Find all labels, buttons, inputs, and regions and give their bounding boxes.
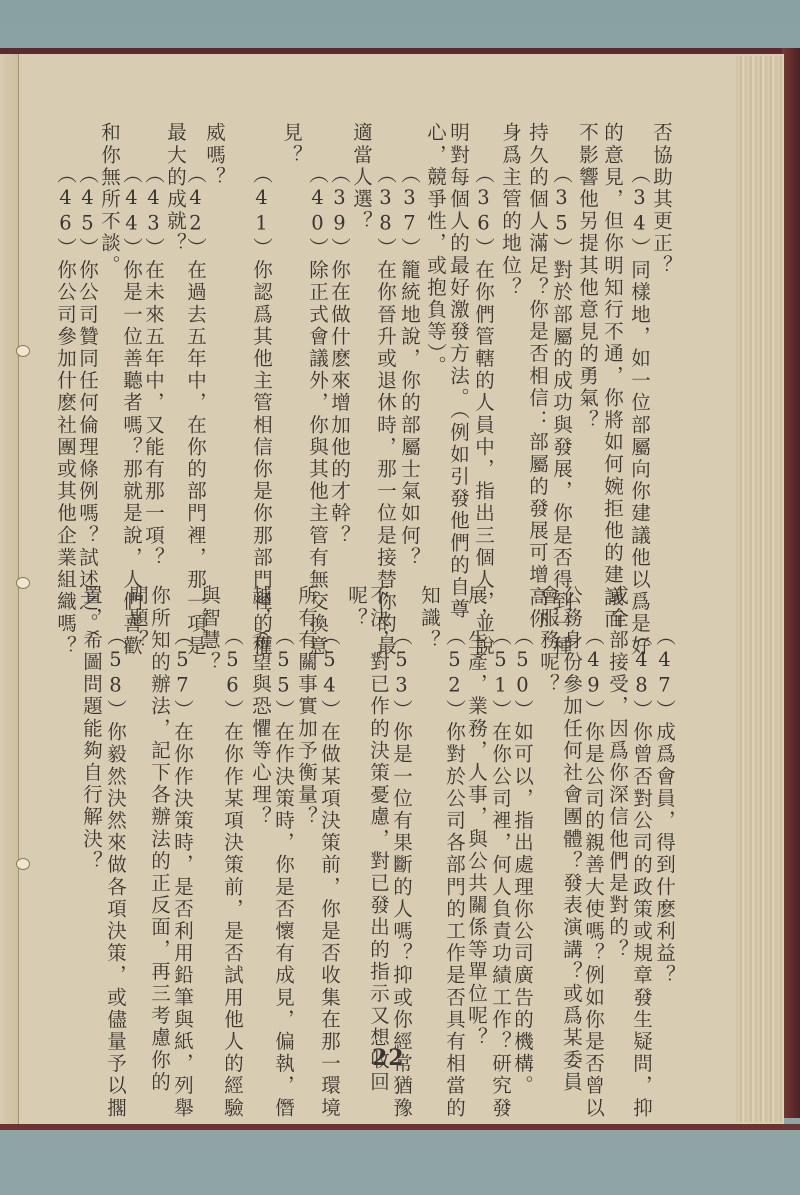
text-column: 不決，對已作的決策憂慮，對已發出的指示又想收回 bbox=[367, 585, 389, 1093]
text-column: 最大的成就？ bbox=[164, 122, 186, 255]
text-column: （57）在你作決策時，是否利用鉛筆與紙，列舉 bbox=[171, 626, 193, 1119]
text-column: （47）成爲會員，得到什麽利益？ bbox=[653, 626, 675, 987]
text-column: 適當人選？ bbox=[350, 122, 372, 233]
binding-hole-icon bbox=[16, 577, 30, 589]
text-column: 與智慧？ bbox=[198, 585, 220, 673]
text-column: （58）你毅然決然來做各項決策，或儘量予以擱 bbox=[104, 626, 126, 1119]
text-column: 不影響他另提其他意見的勇氣？ bbox=[576, 122, 598, 431]
text-column: 公務身份參加任何社會團體？發表演講？或爲某委員 bbox=[560, 585, 582, 1093]
text-column: 身爲主管的地位？ bbox=[499, 122, 521, 299]
text-column: （39）你在做什麽來增加他的才幹？ bbox=[328, 164, 350, 547]
text-column: 所有有關事實加予衡量？ bbox=[295, 585, 317, 828]
text-column: （46）你公司參加什麽社團或其他企業組織嗎？ bbox=[54, 164, 76, 657]
text-column: 否協助其更正？ bbox=[650, 122, 672, 277]
text-column: （54）在做某項決策前，你是否收集在那一環境 bbox=[318, 626, 340, 1119]
text-column: 和你無所不談。 bbox=[98, 122, 120, 277]
text-column: （34）同樣地，如一位部屬向你建議他以爲是好 bbox=[628, 164, 650, 657]
text-column: （56）在你作某項決策前，是否試用他人的經驗 bbox=[221, 626, 243, 1119]
text-column: （52）你對於公司各部門的工作是否具有相當的 bbox=[443, 626, 465, 1119]
text-column: （48）你曾否對公司的政策或規章發生疑問，抑 bbox=[630, 626, 652, 1119]
text-column: 見？ bbox=[280, 122, 302, 166]
text-column: （50）如可以，指出處理你公司廣告的機構。 bbox=[511, 626, 533, 1097]
book-cover-bottom-edge bbox=[0, 1124, 800, 1130]
text-column: 呢？ bbox=[345, 585, 367, 629]
text-column: 越，希望與恐懼等心理？ bbox=[249, 585, 271, 828]
page-number: 22 bbox=[372, 1045, 405, 1071]
text-column: （45）你公司贊同任何倫理條例嗎？試述之。 bbox=[76, 164, 98, 635]
book-cover-right-edge bbox=[782, 48, 800, 1118]
text-column: （38）在你晉升或退休時，那一位是接替你的最 bbox=[374, 164, 396, 657]
text-column: （55）在作決策時，你是否懷有成見，偏執，僭 bbox=[272, 626, 294, 1119]
text-column: （51）在你公司裡，何人負責功績工作？研究發 bbox=[489, 626, 511, 1119]
text-column: （37）籠統地說，你的部屬士氣如何？ bbox=[398, 164, 420, 569]
text-column: 置，希圖問題能夠自行解決？ bbox=[80, 585, 102, 872]
text-column: （41）你認爲其他主管相信你是你那部門裡的權 bbox=[250, 164, 272, 657]
text-column: （49）你是公司的親善大使嗎？例如你是否曾以 bbox=[582, 626, 604, 1119]
text-column: 會服務呢？ bbox=[537, 585, 559, 696]
binding-hole-icon bbox=[16, 345, 30, 357]
text-column: 心，競爭性，或抱負等）。 bbox=[424, 122, 446, 377]
text-column: 展，生產，業務，人事，與公共關係等單位呢？ bbox=[465, 585, 487, 1049]
text-column: 問題？ bbox=[126, 585, 148, 651]
text-column: 知識？ bbox=[418, 585, 440, 651]
text-column: （43）在未來五年中，又能有那一項？ bbox=[142, 164, 164, 569]
text-column: （40）除正式會議外，你與其他主管有無交換意 bbox=[306, 164, 328, 657]
text-column: 持久的個人滿足？你是否相信：部屬的發展可增高你 bbox=[526, 122, 548, 630]
text-column: 或全部接受，因爲你深信他們是對的？ bbox=[606, 585, 628, 961]
text-column: 的意見，但你明知行不通，你將如何婉拒他的建議而 bbox=[601, 122, 623, 630]
text-column: 明對每個人的最好激發方法。（例如引發他們的自尊 bbox=[447, 122, 469, 621]
text-column: （42）在過去五年中，在你的部門裡，那一項是 bbox=[184, 164, 206, 657]
text-column: （35）對於部屬的成功與發展，你是否得到一種 bbox=[550, 164, 572, 657]
text-column: （36）在你們管轄的人員中，指出三個人，並說 bbox=[472, 164, 494, 657]
text-column: （44）你是一位善聽者嗎？那就是說，人們喜歡 bbox=[120, 164, 142, 657]
facing-page-edge bbox=[0, 54, 19, 1124]
binding-hole-icon bbox=[16, 858, 30, 870]
page-stack-edges bbox=[736, 56, 784, 1122]
text-column: 你所知的辦法，記下各辦法的正反面，再三考慮你的 bbox=[148, 585, 170, 1093]
